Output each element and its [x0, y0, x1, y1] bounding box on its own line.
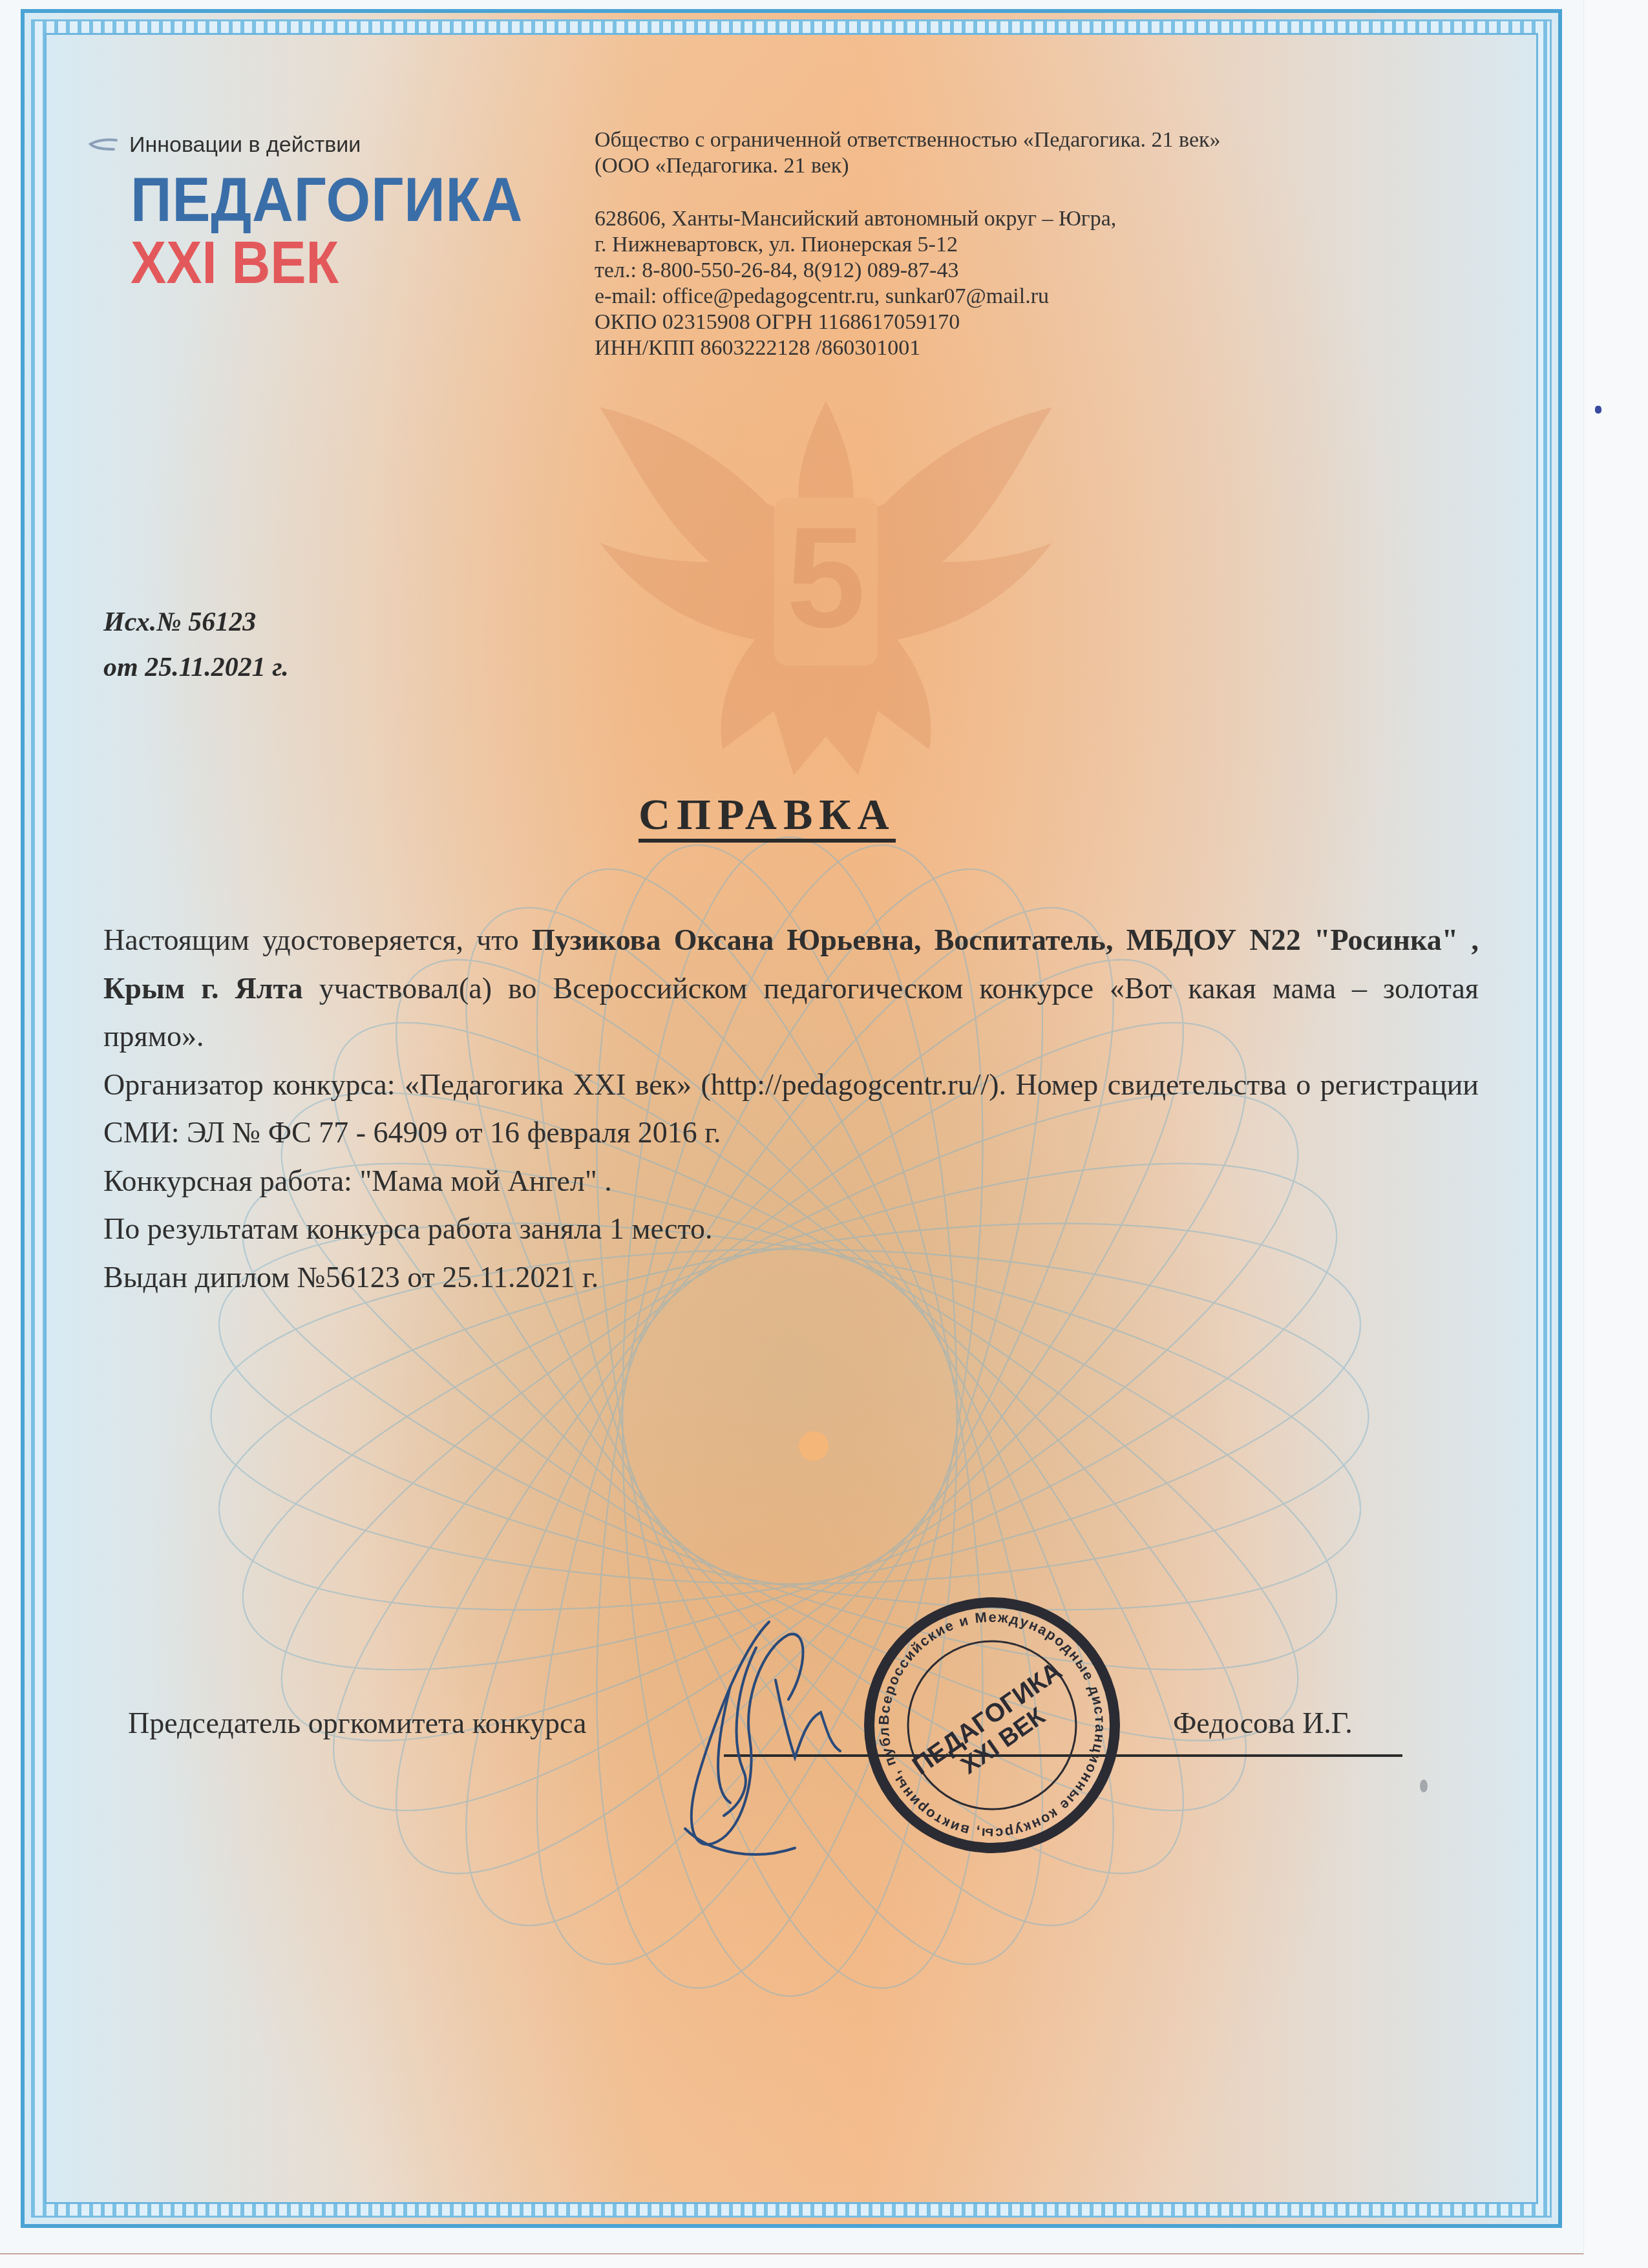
org-okpo-ogrn: ОКПО 02315908 ОГРН 1168617059170: [595, 310, 1221, 335]
org-phone: тел.: 8-800-550-26-84, 8(912) 089-87-43: [595, 258, 1221, 284]
certificate-body: Настоящим удостоверяется, что Пузикова О…: [103, 916, 1479, 1301]
org-inn-kpp: ИНН/КПП 8603222128 /860301001: [595, 335, 1221, 361]
logo-title: ПЕДАГОГИКА: [131, 165, 523, 236]
body-paragraph-organizer: Организатор конкурса: «Педагогика XXI ве…: [103, 1061, 1479, 1157]
org-short-name: (ООО «Педагогика. 21 век): [595, 153, 1221, 179]
outgoing-date: от 25.11.2021 г.: [103, 645, 289, 690]
body-paragraph-participant: Настоящим удостоверяется, что Пузикова О…: [103, 916, 1479, 1061]
printed-spot: [799, 1431, 829, 1461]
scan-speck: [1420, 1780, 1428, 1792]
swoosh-icon: [88, 138, 118, 152]
org-address-region: 628606, Ханты-Мансийский автономный окру…: [595, 206, 1221, 232]
svg-text:5: 5: [787, 498, 865, 657]
edge-speck: [1595, 406, 1601, 414]
org-address-street: г. Нижневартовск, ул. Пионерская 5-12: [595, 232, 1221, 258]
outgoing-number: Исх.№ 56123: [103, 600, 289, 645]
outgoing-reference: Исх.№ 56123 от 25.11.2021 г.: [103, 600, 289, 690]
org-name-line: Общество с ограниченной ответственностью…: [595, 127, 1221, 153]
eagle-watermark-icon: 5: [561, 349, 1091, 801]
organization-details: Общество с ограниченной ответственностью…: [595, 127, 1221, 361]
logo-tagline: Инновации в действии: [129, 132, 361, 158]
body-paragraph-result: По результатам конкурса работа заняла 1 …: [103, 1205, 1479, 1254]
org-email: e-mail: office@pedagogcentr.ru, sunkar07…: [595, 284, 1221, 310]
document-title: СПРАВКА: [639, 792, 896, 843]
body-paragraph-diploma: Выдан диплом №56123 от 25.11.2021 г.: [103, 1254, 1479, 1302]
body-paragraph-work: Конкурсная работа: "Мама мой Ангел" .: [103, 1157, 1479, 1206]
logo-subtitle: XXI ВЕК: [131, 229, 339, 297]
